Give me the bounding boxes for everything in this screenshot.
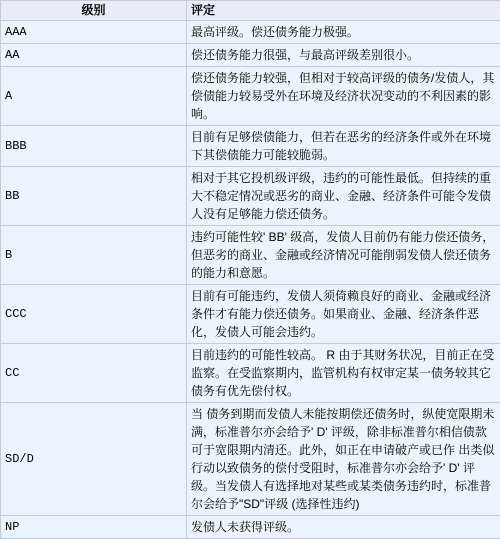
table-row: NP 发债人未获得评级。 (1, 516, 500, 539)
rating-desc-cell: 偿还债务能力很强，与最高评级差别很小。 (187, 44, 500, 67)
table-row: B 违约可能性较' BB' 级高，发债人目前仍有能力偿还债务，但恶劣的商业、金融… (1, 226, 500, 285)
credit-ratings-table-container: 级别 评定 AAA 最高评级。偿还债务能力极强。 AA 偿还债务能力很强，与最高… (0, 0, 500, 539)
rating-desc-cell: 相对于其它投机级评级，违约的可能性最低。但持续的重大不稳定情况或恶劣的商业、金融… (187, 167, 500, 226)
rating-grade-cell: CC (1, 344, 187, 403)
rating-grade-cell: B (1, 226, 187, 285)
rating-grade-cell: AA (1, 44, 187, 67)
rating-desc-cell: 当 债务到期而发债人未能按期偿还债务时，纵使宽限期未满，标准普尔亦会给予' D'… (187, 403, 500, 516)
rating-desc-cell: 目前有可能违约，发债人须倚赖良好的商业、金融或经济条件才有能力偿还债务。如果商业… (187, 285, 500, 344)
table-row: AAA 最高评级。偿还债务能力极强。 (1, 21, 500, 44)
table-header-row: 级别 评定 (1, 1, 500, 21)
rating-grade-cell: NP (1, 516, 187, 539)
table-row: A 偿还债务能力较强，但相对于较高评级的债务/发债人，其偿债能力较易受外在环境及… (1, 67, 500, 126)
rating-grade-cell: SD/D (1, 403, 187, 516)
rating-grade-cell: A (1, 67, 187, 126)
rating-grade-cell: BB (1, 167, 187, 226)
rating-grade-cell: AAA (1, 21, 187, 44)
rating-desc-cell: 目前违约的可能性较高。 R 由于其财务状况，目前正在受监察。在受监察期内，监管机… (187, 344, 500, 403)
table-row: BB 相对于其它投机级评级，违约的可能性最低。但持续的重大不稳定情况或恶劣的商业… (1, 167, 500, 226)
table-row: CCC 目前有可能违约，发债人须倚赖良好的商业、金融或经济条件才有能力偿还债务。… (1, 285, 500, 344)
rating-desc-cell: 发债人未获得评级。 (187, 516, 500, 539)
rating-desc-cell: 违约可能性较' BB' 级高，发债人目前仍有能力偿还债务，但恶劣的商业、金融或经… (187, 226, 500, 285)
table-row: AA 偿还债务能力很强，与最高评级差别很小。 (1, 44, 500, 67)
table-row: SD/D 当 债务到期而发债人未能按期偿还债务时，纵使宽限期未满，标准普尔亦会给… (1, 403, 500, 516)
table-row: CC 目前违约的可能性较高。 R 由于其财务状况，目前正在受监察。在受监察期内，… (1, 344, 500, 403)
assessment-column-header: 评定 (187, 1, 500, 21)
rating-grade-cell: BBB (1, 126, 187, 167)
rating-grade-cell: CCC (1, 285, 187, 344)
rating-desc-cell: 最高评级。偿还债务能力极强。 (187, 21, 500, 44)
grade-column-header: 级别 (1, 1, 187, 21)
credit-ratings-table: 级别 评定 AAA 最高评级。偿还债务能力极强。 AA 偿还债务能力很强，与最高… (0, 0, 500, 539)
table-row: BBB 目前有足够偿债能力，但若在恶劣的经济条件或外在环境下其偿债能力可能较脆弱… (1, 126, 500, 167)
rating-desc-cell: 偿还债务能力较强，但相对于较高评级的债务/发债人，其偿债能力较易受外在环境及经济… (187, 67, 500, 126)
rating-desc-cell: 目前有足够偿债能力，但若在恶劣的经济条件或外在环境下其偿债能力可能较脆弱。 (187, 126, 500, 167)
